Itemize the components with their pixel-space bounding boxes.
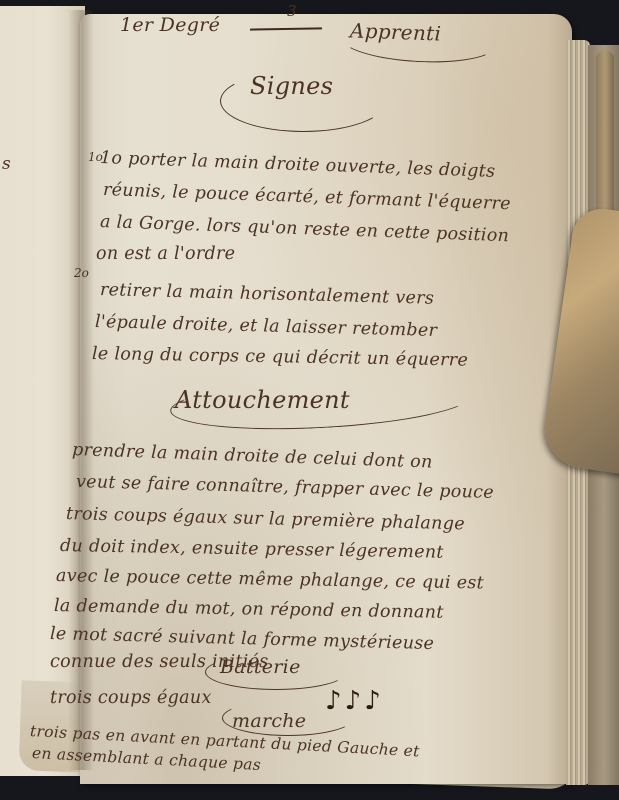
batterie-flourish [205, 654, 347, 690]
batterie-line-1: trois coups égaux [50, 688, 212, 708]
page-number: 3 [287, 2, 297, 20]
signes-flourish [220, 70, 387, 132]
knock-icon: ♪ [364, 688, 381, 714]
marche-flourish [222, 700, 354, 736]
manuscript-photo: s 1er Degré 3 Apprenti Signes 1o 1o port… [0, 0, 619, 800]
left-page-fragment: s [2, 154, 11, 174]
signes-line-4: on est a l'ordre [96, 244, 235, 264]
item-marker-2: 2o [74, 266, 89, 280]
header-degree: 1er Degré [120, 14, 220, 36]
